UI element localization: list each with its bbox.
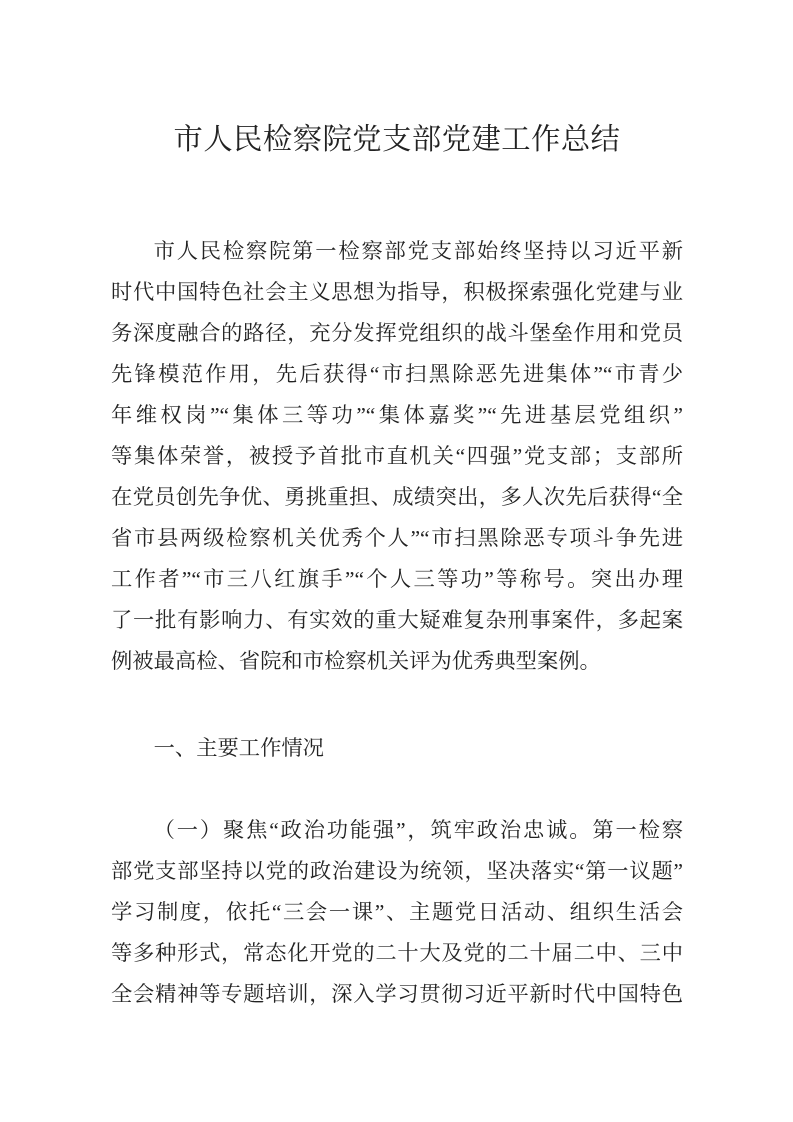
section-heading-main-work: 一、主要工作情况 bbox=[111, 728, 683, 769]
paragraph-intro: 市人民检察院第一检察部党支部始终坚持以习近平新时代中国特色社会主义思想为指导，积… bbox=[111, 231, 683, 682]
text-line: 部党支部坚持以党的政治建设为统领，坚决落实“第一议题” bbox=[111, 851, 683, 892]
text-line: 在党员创先争优、勇挑重担、成绩突出，多人次先后获得“全 bbox=[111, 477, 683, 518]
document-page: 市人民检察院党支部党建工作总结 市人民检察院第一检察部党支部始终坚持以习近平新时… bbox=[0, 0, 793, 1122]
text-line: 工作者”“市三八红旗手”“个人三等功”等称号。突出办理 bbox=[111, 559, 683, 600]
text-line: 等集体荣誉，被授予首批市直机关“四强”党支部；支部所 bbox=[111, 436, 683, 477]
document-title: 市人民检察院党支部党建工作总结 bbox=[111, 120, 683, 160]
text-line: （一）聚焦“政治功能强”，筑牢政治忠诚。第一检察 bbox=[111, 810, 683, 851]
paragraph-section-1: （一）聚焦“政治功能强”，筑牢政治忠诚。第一检察部党支部坚持以党的政治建设为统领… bbox=[111, 810, 683, 1015]
text-line: 省市县两级检察机关优秀个人”“市扫黑除恶专项斗争先进 bbox=[111, 518, 683, 559]
text-line: 先锋模范作用，先后获得“市扫黑除恶先进集体”“市青少 bbox=[111, 354, 683, 395]
text-line: 年维权岗”“集体三等功”“集体嘉奖”“先进基层党组织” bbox=[111, 395, 683, 436]
text-line: 等多种形式，常态化开党的二十大及党的二十届二中、三中 bbox=[111, 933, 683, 974]
text-line: 了一批有影响力、有实效的重大疑难复杂刑事案件，多起案 bbox=[111, 600, 683, 641]
text-line: 例被最高检、省院和市检察机关评为优秀典型案例。 bbox=[111, 641, 683, 682]
text-line: 市人民检察院第一检察部党支部始终坚持以习近平新 bbox=[111, 231, 683, 272]
text-line: 学习制度，依托“三会一课”、主题党日活动、组织生活会 bbox=[111, 892, 683, 933]
text-line: 全会精神等专题培训，深入学习贯彻习近平新时代中国特色 bbox=[111, 974, 683, 1015]
text-line: 时代中国特色社会主义思想为指导，积极探索强化党建与业 bbox=[111, 272, 683, 313]
text-line: 务深度融合的路径，充分发挥党组织的战斗堡垒作用和党员 bbox=[111, 313, 683, 354]
